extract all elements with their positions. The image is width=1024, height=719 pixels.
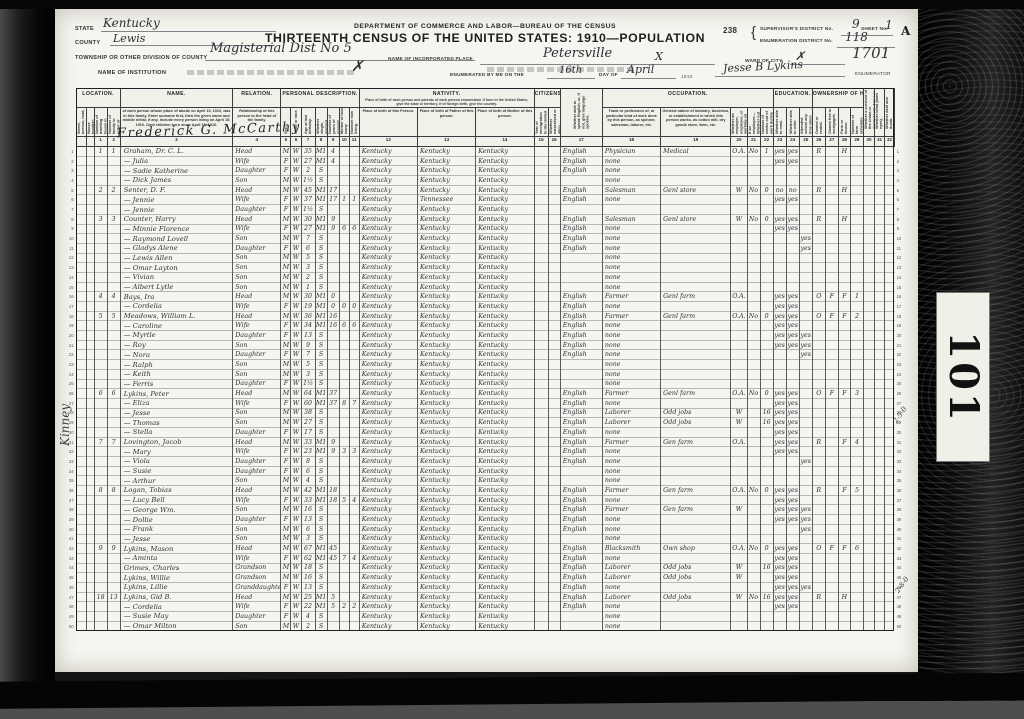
cell-fm [825, 234, 838, 244]
cell-deaf [885, 573, 895, 583]
cell-yrs: 17 [327, 195, 339, 205]
cell-blind [875, 321, 885, 331]
cell-rel: Wife [233, 398, 281, 408]
line-number: 5 [65, 185, 76, 195]
cell-wks [760, 495, 773, 505]
cell-pobf: Kentucky [418, 369, 476, 379]
cell-blind [875, 176, 885, 186]
column-header-pob: Place of birth of this Person. [359, 108, 417, 137]
cell-nat [548, 495, 560, 505]
cell-nat [548, 379, 560, 389]
incorporated-place-value: Petersville [543, 46, 612, 61]
cell-emp [731, 166, 747, 176]
cell-wks [760, 340, 773, 350]
cell-name: Lykins, Lillie [120, 582, 233, 592]
column-header-occ: Trade or profession of, or particular ki… [602, 108, 660, 137]
cell-lang: English [560, 505, 602, 515]
cell-pobm: Kentucky [476, 253, 534, 263]
line-number: 36 [65, 486, 76, 496]
cell-deaf [885, 505, 895, 515]
column-number-imm: 15 [534, 137, 548, 147]
cell-wks [760, 466, 773, 476]
table-row: 30— StellaDaughterFW17SKentuckyKentuckyK… [65, 427, 906, 437]
cell-born [339, 331, 349, 341]
cell-dw [94, 447, 107, 457]
cell-emp [731, 466, 747, 476]
cell-pobm: Kentucky [476, 331, 534, 341]
cell-dw: 2 [94, 185, 107, 195]
column-header-fsn: Number of farm schedule. [850, 108, 863, 137]
cell-yrs [327, 524, 339, 534]
cell-born [339, 621, 349, 631]
cell-liv [349, 185, 359, 195]
cell-wks [760, 321, 773, 331]
cell-lang: English [560, 311, 602, 321]
enumerator-label: ENUMERATOR [855, 72, 891, 77]
cell-sch [799, 176, 812, 186]
cell-pob: Kentucky [359, 437, 417, 447]
cell-age: 60 [301, 398, 315, 408]
cell-mar: M1 [315, 553, 327, 563]
cell-pobm: Kentucky [476, 505, 534, 515]
table-row: 46Lykins, LillieGranddaughterFW13SKentuc… [65, 582, 906, 592]
cell-imm [534, 253, 548, 263]
cell-pobm: Kentucky [476, 398, 534, 408]
cell-pobm: Kentucky [476, 282, 534, 292]
cell-born [339, 408, 349, 418]
cell-write: yes [786, 147, 799, 157]
cell-read: yes [773, 214, 786, 224]
cell-ow [747, 398, 760, 408]
cell-fh: F [838, 292, 850, 302]
cell-deaf [885, 176, 895, 186]
cell-fam [107, 408, 120, 418]
line-number: 20 [895, 331, 906, 341]
cell-fm [825, 582, 838, 592]
cell-read [773, 234, 786, 244]
cell-sch [799, 292, 812, 302]
cell-nat [548, 582, 560, 592]
line-number: 25 [895, 379, 906, 389]
cell-age: 25 [301, 592, 315, 602]
cell-rel: Wife [233, 302, 281, 312]
cell-deaf [885, 447, 895, 457]
cell-fsn: 5 [850, 486, 863, 496]
cell-write: yes [786, 224, 799, 234]
cell-dw [94, 457, 107, 467]
cell-name: — Sadie Katherine [120, 166, 233, 176]
cell-mar: S [315, 340, 327, 350]
cell-fam [107, 331, 120, 341]
cell-pobf: Kentucky [418, 495, 476, 505]
cell-color: W [291, 505, 301, 515]
cell-fam [107, 553, 120, 563]
cell-mar: M1 [315, 185, 327, 195]
cell-color: W [291, 457, 301, 467]
cell-ind: Genl store [661, 214, 731, 224]
line-number: 39 [65, 515, 76, 525]
cell-read: yes [773, 602, 786, 612]
cell-read: yes [773, 408, 786, 418]
column-header-ind: General nature of industry, business, or… [661, 108, 731, 137]
cell-write [786, 253, 799, 263]
cell-color: W [291, 398, 301, 408]
cell-emp: O.A. [731, 147, 747, 157]
cell-pobm: Kentucky [476, 321, 534, 331]
cell-fsn [850, 553, 863, 563]
cell-name: Logan, Tobias [120, 486, 233, 496]
cell-fh [838, 602, 850, 612]
cell-fm: F [825, 389, 838, 399]
cell-yrs [327, 582, 339, 592]
column-number-fsn: 29 [850, 137, 863, 147]
cell-sch [799, 321, 812, 331]
cell-emp [731, 398, 747, 408]
column-number-occ: 18 [602, 137, 660, 147]
cell-pob: Kentucky [359, 495, 417, 505]
cell-wks: 0 [760, 389, 773, 399]
cell-read: yes [773, 292, 786, 302]
cell-sex: M [281, 214, 291, 224]
cell-pobm: Kentucky [476, 592, 534, 602]
cell-occ: none [602, 176, 660, 186]
cell-imm [534, 553, 548, 563]
cell-sch: yes [799, 582, 812, 592]
cell-liv: 7 [349, 398, 359, 408]
cell-emp [731, 360, 747, 370]
cell-liv [349, 563, 359, 573]
cell-lang [560, 369, 602, 379]
cell-age: 7 [301, 234, 315, 244]
cell-wks [760, 302, 773, 312]
cell-ind [661, 195, 731, 205]
cell-lang: English [560, 553, 602, 563]
cell-pobf: Kentucky [418, 389, 476, 399]
cell-rel: Wife [233, 195, 281, 205]
cell-deaf [885, 195, 895, 205]
cell-street [76, 340, 86, 350]
cell-house [86, 185, 94, 195]
cell-nat [548, 185, 560, 195]
line-number: 49 [65, 612, 76, 622]
cell-write: yes [786, 195, 799, 205]
cell-imm [534, 272, 548, 282]
cell-fh [838, 224, 850, 234]
cell-rel: Head [233, 389, 281, 399]
cell-fm [825, 185, 838, 195]
line-number: 38 [65, 505, 76, 515]
cell-read [773, 360, 786, 370]
cell-pobf: Kentucky [418, 282, 476, 292]
cell-fh [838, 340, 850, 350]
column-header-home: Owned or rented. [812, 108, 825, 137]
cell-house [86, 398, 94, 408]
cell-name: — Raymond Lovell [120, 234, 233, 244]
cell-house [86, 253, 94, 263]
cell-pobf: Kentucky [418, 398, 476, 408]
cell-liv [349, 272, 359, 282]
cell-age: 6 [301, 466, 315, 476]
cell-born [339, 486, 349, 496]
cell-born [339, 205, 349, 215]
cell-sch [799, 602, 812, 612]
line-number: 41 [65, 534, 76, 544]
cell-street [76, 505, 86, 515]
cell-mar: S [315, 408, 327, 418]
cell-ind [661, 466, 731, 476]
cell-house [86, 263, 94, 273]
cell-born [339, 166, 349, 176]
cell-liv [349, 612, 359, 622]
cell-lang: English [560, 350, 602, 360]
cell-dw: 9 [94, 544, 107, 554]
cell-lang: English [560, 389, 602, 399]
cell-war [863, 408, 874, 418]
cell-mar: M1 [315, 214, 327, 224]
cell-war [863, 563, 874, 573]
cell-color: W [291, 340, 301, 350]
cell-mar: M1 [315, 195, 327, 205]
column-number-pobm: 14 [476, 137, 534, 147]
cell-mar: S [315, 176, 327, 186]
line-number: 9 [65, 224, 76, 234]
column-number-yrs: 9 [327, 137, 339, 147]
cell-yrs [327, 234, 339, 244]
line-number: 40 [65, 524, 76, 534]
cell-name: — Julia [120, 156, 233, 166]
cell-born [339, 592, 349, 602]
cell-home [812, 156, 825, 166]
cell-read: yes [773, 486, 786, 496]
cell-fh [838, 282, 850, 292]
cell-sch [799, 369, 812, 379]
cell-fh [838, 524, 850, 534]
line-number: 7 [895, 205, 906, 215]
cell-born [339, 515, 349, 525]
incorporated-place-mark: X [655, 50, 663, 63]
cell-sch [799, 408, 812, 418]
cell-sex: M [281, 476, 291, 486]
line-number: 2 [65, 156, 76, 166]
cell-wks [760, 621, 773, 631]
cell-name: — Gladys Alene [120, 243, 233, 253]
cell-emp [731, 195, 747, 205]
cell-write [786, 524, 799, 534]
cell-color: W [291, 147, 301, 157]
cell-age: 30 [301, 214, 315, 224]
cell-fsn [850, 263, 863, 273]
column-header-blind: Whether blind (both eyes). [875, 89, 885, 137]
line-number: 43 [65, 553, 76, 563]
cell-pobf: Kentucky [418, 544, 476, 554]
cell-born [339, 369, 349, 379]
cell-mar: S [315, 573, 327, 583]
cell-occ: none [602, 272, 660, 282]
column-number-rel: 4 [233, 137, 281, 147]
cell-fsn [850, 418, 863, 428]
column-number-dw: 1 [94, 137, 107, 147]
cell-house [86, 389, 94, 399]
cell-lang: English [560, 495, 602, 505]
cell-nat [548, 321, 560, 331]
cell-fsn [850, 360, 863, 370]
line-number: 10 [65, 234, 76, 244]
cell-write [786, 621, 799, 631]
cell-ow: No [747, 486, 760, 496]
cell-rel: Daughter [233, 166, 281, 176]
cell-house [86, 515, 94, 525]
table-row: 45Lykins, WillieGrandsonMW16SKentuckyKen… [65, 573, 906, 583]
cell-sch: yes [799, 457, 812, 467]
cell-liv [349, 418, 359, 428]
cell-born [339, 360, 349, 370]
cell-pobm: Kentucky [476, 147, 534, 157]
cell-deaf [885, 263, 895, 273]
cell-emp [731, 243, 747, 253]
cell-house [86, 243, 94, 253]
cell-fam [107, 563, 120, 573]
cell-wks [760, 457, 773, 467]
cell-wks [760, 398, 773, 408]
cell-fam [107, 515, 120, 525]
cell-occ: Farmer [602, 389, 660, 399]
cell-ow: No [747, 185, 760, 195]
cell-fsn [850, 447, 863, 457]
cell-imm [534, 234, 548, 244]
cell-fsn [850, 515, 863, 525]
cell-rel: Wife [233, 495, 281, 505]
cell-blind [875, 214, 885, 224]
cell-name: Grimes, Charles [120, 563, 233, 573]
cell-occ: none [602, 582, 660, 592]
cell-fm [825, 224, 838, 234]
cell-ow [747, 176, 760, 186]
cell-fm: F [825, 311, 838, 321]
cell-dw [94, 253, 107, 263]
cell-home [812, 379, 825, 389]
cell-war [863, 214, 874, 224]
cell-sex: F [281, 495, 291, 505]
cell-pobf: Kentucky [418, 166, 476, 176]
cell-write: yes [786, 398, 799, 408]
cell-lang: English [560, 418, 602, 428]
cell-fh [838, 476, 850, 486]
line-number: 37 [895, 495, 906, 505]
cell-ind [661, 553, 731, 563]
cell-born [339, 156, 349, 166]
cell-imm [534, 544, 548, 554]
cell-emp [731, 331, 747, 341]
cell-occ: Salesman [602, 185, 660, 195]
table-row: 27— ElizaWifeFW60M13787KentuckyKentuckyK… [65, 398, 906, 408]
cell-pobf: Kentucky [418, 340, 476, 350]
cell-ow [747, 495, 760, 505]
cell-fsn [850, 592, 863, 602]
cell-war [863, 350, 874, 360]
table-row: 44Grimes, CharlesGrandsonMW18SKentuckyKe… [65, 563, 906, 573]
cell-street [76, 408, 86, 418]
cell-fm [825, 437, 838, 447]
supervisor-district-label: SUPERVISOR'S DISTRICT No. [760, 27, 833, 32]
cell-ow: No [747, 311, 760, 321]
cell-occ: none [602, 350, 660, 360]
cell-dw [94, 302, 107, 312]
cell-color: W [291, 447, 301, 457]
table-row: 833Counter, HarryHeadMW30M19KentuckyKent… [65, 214, 906, 224]
cell-blind [875, 350, 885, 360]
cell-fsn: 2 [850, 311, 863, 321]
cell-blind [875, 544, 885, 554]
cell-write [786, 379, 799, 389]
cell-mar: S [315, 524, 327, 534]
cell-sch [799, 466, 812, 476]
cell-house [86, 234, 94, 244]
cell-born [339, 563, 349, 573]
form-number: 238 [723, 26, 737, 35]
cell-fh [838, 379, 850, 389]
column-header-mar: Whether single, married, widowed, or div… [315, 108, 327, 137]
cell-rel: Head [233, 292, 281, 302]
cell-rel: Daughter [233, 427, 281, 437]
cell-house [86, 447, 94, 457]
cell-nat [548, 408, 560, 418]
cell-dw [94, 234, 107, 244]
cell-deaf [885, 621, 895, 631]
cell-ind [661, 263, 731, 273]
cell-born [339, 379, 349, 389]
column-number-sch: 25 [799, 137, 812, 147]
cell-sch [799, 573, 812, 583]
cell-ind [661, 457, 731, 467]
cell-home [812, 621, 825, 631]
cell-dw [94, 563, 107, 573]
cell-color: W [291, 302, 301, 312]
cell-rel: Wife [233, 224, 281, 234]
cell-ind [661, 272, 731, 282]
cell-fam [107, 205, 120, 215]
column-number-wks: 22 [760, 137, 773, 147]
cell-read [773, 621, 786, 631]
cell-home [812, 282, 825, 292]
cell-name: — Eliza [120, 398, 233, 408]
enumerated-day: 16th [559, 65, 582, 76]
cell-sex: M [281, 408, 291, 418]
cell-write: yes [786, 515, 799, 525]
cell-fh: H [838, 185, 850, 195]
cell-liv [349, 360, 359, 370]
cell-blind [875, 331, 885, 341]
cell-fam [107, 398, 120, 408]
cell-pobf: Kentucky [418, 176, 476, 186]
cell-house [86, 321, 94, 331]
cell-imm [534, 612, 548, 622]
cell-fam: 2 [107, 185, 120, 195]
cell-yrs: 45 [327, 553, 339, 563]
cell-mar: S [315, 253, 327, 263]
cell-home [812, 582, 825, 592]
cell-age: 1 [301, 282, 315, 292]
cell-rel: Son [233, 234, 281, 244]
cell-sex: M [281, 563, 291, 573]
column-number-born: 10 [339, 137, 349, 147]
cell-pob: Kentucky [359, 272, 417, 282]
cell-write: yes [786, 563, 799, 573]
cell-pobf: Tennessee [418, 195, 476, 205]
cell-fm [825, 466, 838, 476]
cell-write [786, 166, 799, 176]
cell-fsn [850, 340, 863, 350]
cell-ind: Odd jobs [661, 592, 731, 602]
